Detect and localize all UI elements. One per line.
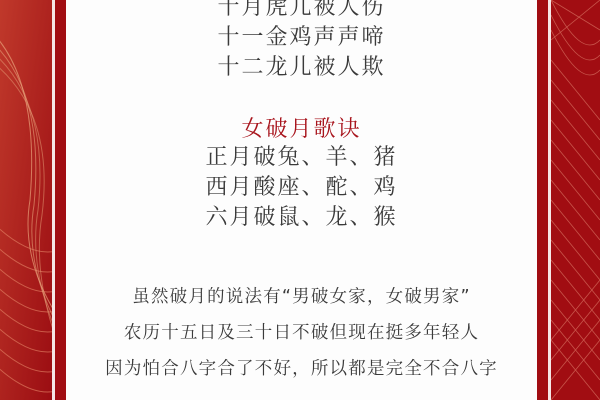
content-panel: 十月虎儿被人伤 十一金鸡声声啼 十二龙儿被人欺 女破月歌诀 正月破兔、羊、猪 西… (66, 0, 537, 400)
right-red-bar (537, 0, 548, 400)
paragraph-line: 虽然破月的说法有“男破女家，女破男家” (66, 283, 537, 308)
female-verse-line: 六月破鼠、龙、猴 (66, 200, 537, 231)
left-red-bar (55, 0, 66, 400)
male-verse-line: 十月虎儿被人伤 (66, 0, 537, 21)
female-verse-line: 西月酸座、酡、鸡 (66, 170, 537, 201)
male-verse-line: 十二龙儿被人欺 (66, 50, 537, 81)
female-verse-line: 正月破兔、羊、猪 (66, 140, 537, 171)
paragraph-line: 因为怕合八字合了不好，所以都是完全不合八字 (66, 355, 537, 380)
male-verse-line: 十一金鸡声声啼 (66, 20, 537, 51)
right-decorative-panel (551, 0, 600, 400)
wave-pattern-icon (0, 0, 52, 400)
paragraph-line: 农历十五日及三十日不破但现在挺多年轻人 (66, 319, 537, 344)
left-decorative-panel (0, 0, 52, 400)
crosshatch-pattern-icon (551, 0, 600, 400)
female-section-title: 女破月歌诀 (66, 112, 537, 143)
